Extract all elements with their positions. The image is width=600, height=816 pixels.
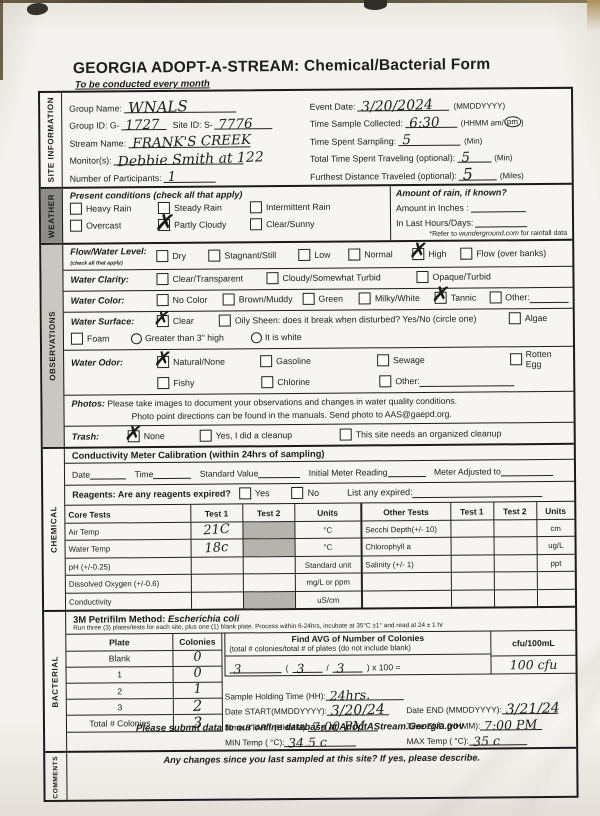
time-collected-field: Time Sample Collected: 6:30 (HHMM am/pm) xyxy=(310,109,568,129)
traveling-time-input[interactable]: 5 xyxy=(457,151,491,163)
section-chemical: CHEMICAL Conductivity Meter Calibration … xyxy=(43,443,575,610)
traveling-time-field: Total Time Spent Traveling (optional): 5… xyxy=(310,145,568,165)
conductivity-test1[interactable] xyxy=(191,592,243,609)
date-start-input[interactable]: 3/20/24 xyxy=(327,704,389,716)
cal-date-input[interactable] xyxy=(90,468,126,480)
checkbox-gasoline[interactable]: Gasoline xyxy=(260,354,377,367)
tab-observations: OBSERVATIONS xyxy=(41,245,65,448)
checkbox-dry[interactable]: Dry xyxy=(156,250,208,262)
scan-corner xyxy=(587,0,600,30)
checkbox-natural-none[interactable]: ✗Natural/None xyxy=(157,355,260,368)
do-test2[interactable] xyxy=(243,574,295,592)
checkbox-clear-sunny[interactable]: Clear/Sunny xyxy=(250,218,315,231)
max-temp-field: MAX Temp ( °C): 35 c xyxy=(393,733,575,746)
do-test1[interactable] xyxy=(191,574,243,592)
rain-note: *Refer to wunderground.com for rainfall … xyxy=(396,230,567,238)
checkbox-reagents-yes[interactable]: Yes xyxy=(239,488,270,500)
checkbox-algae[interactable]: Algae xyxy=(509,312,548,324)
odor-other-input[interactable] xyxy=(420,375,515,388)
rain-inches-input[interactable] xyxy=(471,200,526,212)
max-temp-input[interactable]: 35 c xyxy=(469,734,527,746)
date-end-input[interactable]: 3/21/24 xyxy=(502,702,558,714)
monitors-input[interactable]: Debbie Smith at 122 xyxy=(114,153,244,166)
checkbox-tannic[interactable]: ✗Tannic xyxy=(435,292,490,304)
secchi-test1[interactable] xyxy=(450,520,493,538)
checkbox-chlorine[interactable]: Chlorine xyxy=(261,376,379,389)
min-temp-field: MIN Temp ( °C): 34.5 c xyxy=(225,735,393,748)
avg-n2-input[interactable]: 3 xyxy=(333,661,363,673)
comments-area[interactable]: Any changes since you last sampled at th… xyxy=(67,749,576,800)
salinity-test2[interactable] xyxy=(494,555,537,573)
section-observations: OBSERVATIONS Flow/Water Level:(check all… xyxy=(41,239,574,448)
air-temp-test1[interactable]: 21C xyxy=(190,522,242,540)
form-subtitle: To be conducted every month xyxy=(75,78,210,90)
section-comments: COMMENTS Any changes since you last samp… xyxy=(45,747,576,800)
checkbox-green[interactable]: Green xyxy=(302,293,358,305)
sampling-time-input[interactable]: 5 xyxy=(398,133,460,145)
checkbox-trash-cleanup[interactable]: Yes, I did a cleanup xyxy=(200,429,340,442)
checkbox-sewage[interactable]: Sewage xyxy=(377,353,510,366)
checkbox-reagents-no[interactable]: No xyxy=(292,487,320,499)
event-date-field: Event Date: 3/20/2024 (MMDDYYYY) xyxy=(309,92,567,112)
stream-name-input[interactable]: FRANK'S CREEK xyxy=(128,135,250,148)
checkbox-foam[interactable]: Foam xyxy=(71,333,131,345)
plate3-count[interactable]: 2 xyxy=(173,698,222,715)
checkbox-stagnant[interactable]: Stagnant/Still xyxy=(208,249,298,262)
rain-hours-field: In Last Hours/Days: xyxy=(396,212,567,228)
cal-standard-input[interactable] xyxy=(258,466,300,478)
checkbox-trash-organized[interactable]: This site needs an organized cleanup xyxy=(340,427,502,440)
stream-name-field: Stream Name: FRANK'S CREEK xyxy=(69,129,308,148)
trash-row: Trash: ✗None Yes, I did a cleanup This s… xyxy=(65,422,574,447)
avg-result-cell[interactable]: 100 cfu xyxy=(491,656,575,674)
checkbox-low[interactable]: Low xyxy=(298,249,348,261)
tab-chemical: CHEMICAL xyxy=(43,449,66,610)
cfu-unit-label: cfu/100mL xyxy=(491,631,575,657)
tab-weather: WEATHER xyxy=(41,189,63,243)
radio-it-is-white[interactable]: It is white xyxy=(251,332,302,343)
checkbox-clear-transparent[interactable]: Clear/Transparent xyxy=(156,273,266,286)
checkbox-overcast[interactable]: Overcast xyxy=(70,220,158,233)
group-name-field: Group Name: WNALS xyxy=(69,94,308,113)
checkbox-surface-clear[interactable]: ✗Clear xyxy=(157,315,219,327)
event-date-input[interactable]: 3/20/2024 xyxy=(357,98,449,111)
distance-field: Furthest Distance Traveled (optional): 5… xyxy=(310,162,568,182)
avg-total-input[interactable]: 3 xyxy=(229,662,281,674)
checkbox-partly-cloudy[interactable]: ✗Partly Cloudy xyxy=(158,219,250,232)
checkbox-oily-sheen[interactable]: Oily Sheen: does it break when disturbed… xyxy=(219,313,509,327)
group-id-field: Group ID: G- 1727 Site ID: S- 7776 xyxy=(69,111,308,130)
participants-input[interactable]: 1 xyxy=(164,171,216,183)
reagents-expired-input[interactable] xyxy=(413,486,543,499)
cal-time-input[interactable] xyxy=(153,467,191,479)
tab-comments: COMMENTS xyxy=(45,753,67,800)
checkbox-cloudy-turbid[interactable]: Cloudy/Somewhat Turbid xyxy=(266,272,416,285)
section-weather: WEATHER Present conditions (check all th… xyxy=(41,183,572,243)
core-tests-table: Core Tests Test 1 Test 2 Units Other Tes… xyxy=(65,502,575,610)
checkbox-odor-other[interactable]: Other: xyxy=(379,375,420,387)
air-temp-test2 xyxy=(243,521,295,539)
cal-initial-input[interactable] xyxy=(388,465,426,477)
min-temp-input[interactable]: 34.5 c xyxy=(284,735,356,748)
checkbox-trash-none[interactable]: ✗None xyxy=(128,430,200,443)
conductivity-test2 xyxy=(243,591,295,608)
ph-test1[interactable] xyxy=(191,557,243,575)
pm-circle-annotation: pm xyxy=(504,116,521,127)
distance-input[interactable]: 5 xyxy=(459,168,497,180)
water-odor-row: Water Odor: ✗Natural/None Gasoline Sewag… xyxy=(64,346,573,395)
avg-n1-input[interactable]: 3 xyxy=(292,661,322,673)
checkbox-opaque-turbid[interactable]: Opaque/Turbid xyxy=(416,271,490,284)
comments-prompt: Any changes since you last sampled at th… xyxy=(163,753,480,765)
checkbox-fishy[interactable]: Fishy xyxy=(157,377,261,390)
cal-adjusted-input[interactable] xyxy=(501,464,553,476)
water-temp-test2 xyxy=(243,539,295,557)
plate-table: PlateColonies Blank0 10 21 32 Total # Co… xyxy=(66,634,223,732)
checkbox-brown-muddy[interactable]: Brown/Muddy xyxy=(223,293,303,306)
checkbox-high[interactable]: ✗High xyxy=(412,248,460,260)
secchi-test2[interactable] xyxy=(493,520,536,538)
blank-count[interactable]: 0 xyxy=(173,650,222,667)
color-other-input[interactable] xyxy=(530,291,569,303)
holding-time-input[interactable]: 24hrs. xyxy=(326,688,404,701)
section-site-information: SITE INFORMATION Group Name: WNALS Group… xyxy=(40,89,572,187)
photos-row: Photos: Please take images to document y… xyxy=(64,391,573,426)
time-collected-input[interactable]: 6:30 xyxy=(405,116,457,128)
salinity-test1[interactable] xyxy=(451,555,494,573)
ph-test2[interactable] xyxy=(243,556,295,574)
group-id-input[interactable]: 1727 xyxy=(122,118,167,130)
scan-edge-left xyxy=(0,0,3,80)
avg-colonies-box: Find AVG of Number of Colonies (total # … xyxy=(224,631,575,677)
group-name-input[interactable]: WNALS xyxy=(124,100,236,113)
checkbox-heavy-rain[interactable]: Heavy Rain xyxy=(70,203,158,216)
checkbox-normal[interactable]: Normal xyxy=(348,248,412,261)
chlorophyll-test2[interactable] xyxy=(494,537,537,555)
rain-hours-input[interactable] xyxy=(475,215,527,227)
checkbox-rotten-egg[interactable]: Rotten Egg xyxy=(510,349,570,369)
rain-inches-field: Amount in Inches : xyxy=(396,197,567,213)
checkbox-flow-over-banks[interactable]: Flow (over banks) xyxy=(460,247,546,260)
water-temp-test1[interactable]: 18c xyxy=(191,539,243,557)
checkbox-intermittent-rain[interactable]: Intermittent Rain xyxy=(250,201,331,214)
date-start-field: Date START(MMDDYYYY): 3/20/24 xyxy=(225,704,393,717)
tab-site-information: SITE INFORMATION xyxy=(40,93,63,187)
group-name-value: WNALS xyxy=(128,99,188,116)
form-body: SITE INFORMATION Group Name: WNALS Group… xyxy=(38,87,579,803)
radio-greater-3in[interactable]: Greater than 3" high xyxy=(131,332,251,344)
site-id-input[interactable]: 7776 xyxy=(215,117,273,129)
date-end-field: Date END (MMDDYYYY): 3/21/24 xyxy=(392,702,574,715)
scan-edge-top xyxy=(0,0,600,3)
plate-row-blank: Blank0 xyxy=(66,650,222,667)
chlorophyll-test1[interactable] xyxy=(451,537,494,555)
plate1-count[interactable]: 0 xyxy=(173,666,222,683)
avg-formula: 3 ( 3 / 3 ) x 100 = xyxy=(225,654,490,676)
checkbox-milky-white[interactable]: Milky/White xyxy=(359,292,435,305)
checkbox-no-color[interactable]: No Color xyxy=(157,294,223,307)
water-surface-row: Water Surface: ✗Clear Oily Sheen: does i… xyxy=(64,308,573,350)
checkbox-color-other[interactable]: Other: xyxy=(489,292,530,304)
